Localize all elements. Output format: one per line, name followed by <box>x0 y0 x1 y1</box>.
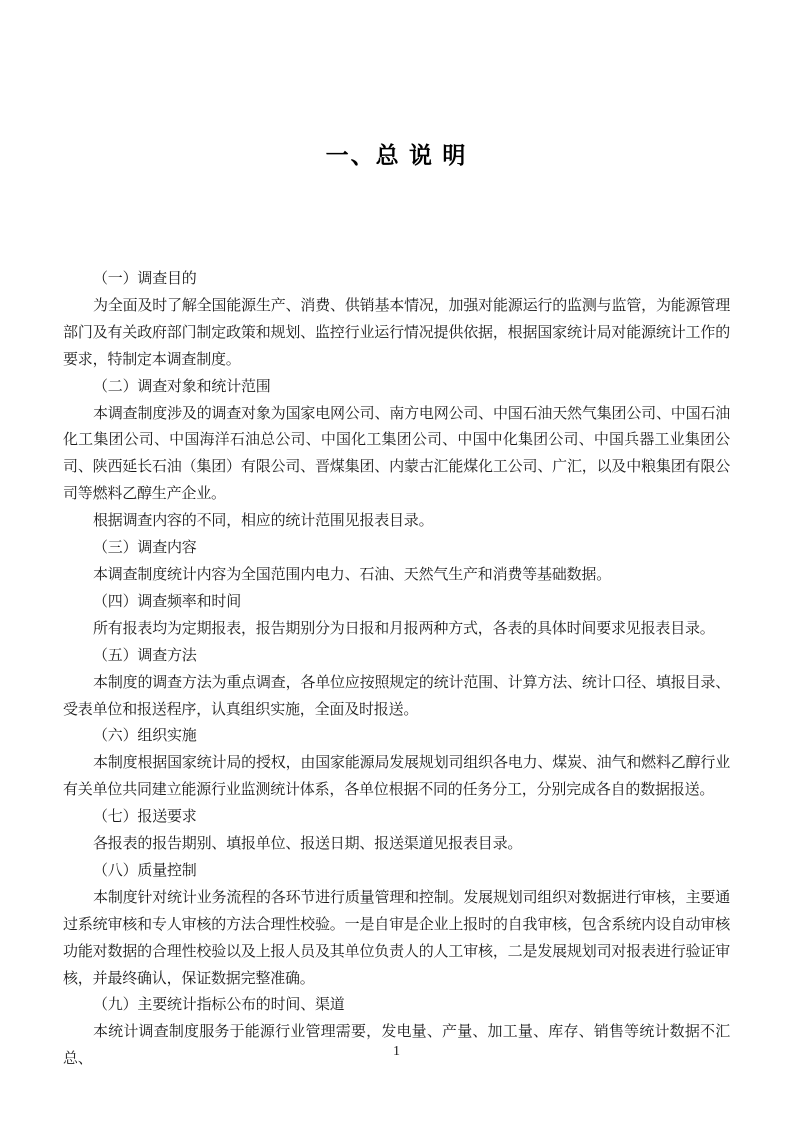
section-heading: （六）组织实施 <box>63 723 730 750</box>
page-title: 一、总 说 明 <box>0 0 793 170</box>
section-paragraph: 本制度根据国家统计局的授权，由国家能源局发展规划司组织各电力、煤炭、油气和燃料乙… <box>63 750 730 804</box>
section-heading: （七）报送要求 <box>63 804 730 831</box>
section-heading: （一）调查目的 <box>63 266 730 293</box>
document-page: 一、总 说 明 （一）调查目的为全面及时了解全国能源生产、消费、供销基本情况，加… <box>0 0 793 1122</box>
section-paragraph: 为全面及时了解全国能源生产、消费、供销基本情况，加强对能源运行的监测与监管，为能… <box>63 293 730 374</box>
section-paragraph: 本调查制度统计内容为全国范围内电力、石油、天然气生产和消费等基础数据。 <box>63 562 730 589</box>
section-heading: （八）质量控制 <box>63 858 730 885</box>
section-paragraph: 本制度的调查方法为重点调查，各单位应按照规定的统计范围、计算方法、统计口径、填报… <box>63 670 730 724</box>
document-body: （一）调查目的为全面及时了解全国能源生产、消费、供销基本情况，加强对能源运行的监… <box>63 266 730 1073</box>
section-paragraph: 本调查制度涉及的调查对象为国家电网公司、南方电网公司、中国石油天然气集团公司、中… <box>63 401 730 509</box>
section-heading: （三）调查内容 <box>63 535 730 562</box>
section-heading: （二）调查对象和统计范围 <box>63 374 730 401</box>
page-number: 1 <box>0 1045 793 1059</box>
section-paragraph: 本制度针对统计业务流程的各环节进行质量管理和控制。发展规划司组织对数据进行审核，… <box>63 885 730 993</box>
section-paragraph: 所有报表均为定期报表，报告期别分为日报和月报两种方式，各表的具体时间要求见报表目… <box>63 616 730 643</box>
section-heading: （五）调查方法 <box>63 643 730 670</box>
section-heading: （九）主要统计指标公布的时间、渠道 <box>63 992 730 1019</box>
section-paragraph: 根据调查内容的不同，相应的统计范围见报表目录。 <box>63 508 730 535</box>
section-heading: （四）调查频率和时间 <box>63 589 730 616</box>
section-paragraph: 各报表的报告期别、填报单位、报送日期、报送渠道见报表目录。 <box>63 831 730 858</box>
